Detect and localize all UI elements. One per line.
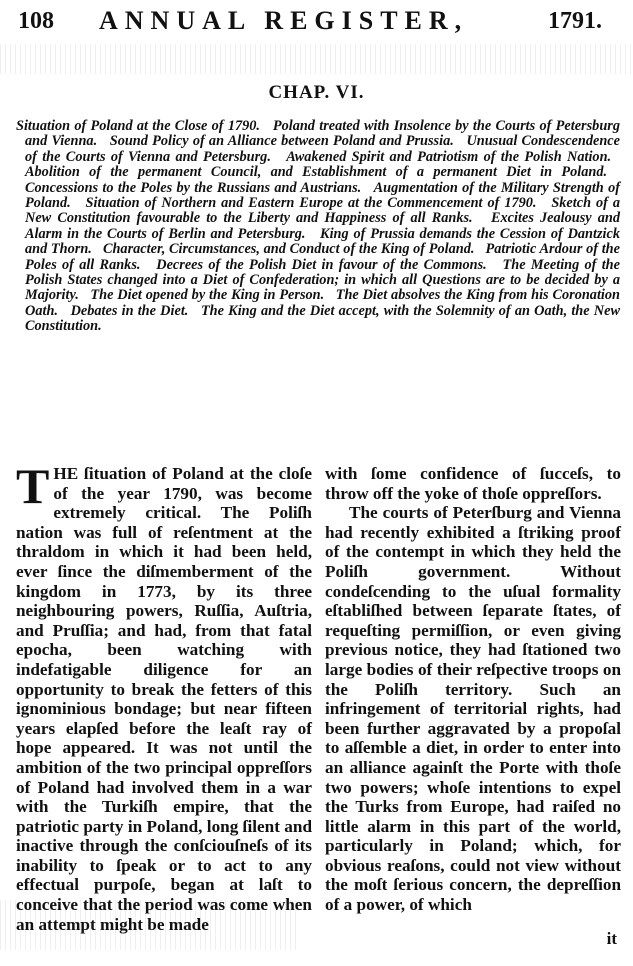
summary-item: Decrees of the Polish Diet in favour of … (156, 257, 487, 273)
summary-item: Situation of Northern and Eastern Europe… (86, 195, 537, 211)
catchword: it (607, 929, 617, 949)
chapter-summary: Situation of Poland at the Close of 1790… (16, 119, 620, 335)
paragraph-text: HE ſituation of Poland at the cloſe of t… (16, 464, 312, 934)
summary-item: Concessions to the Poles by the Russians… (25, 180, 361, 196)
summary-item: The Diet opened by the King in Person. (90, 287, 324, 303)
paragraph: The courts of Peterſburg and Vienna had … (325, 503, 621, 914)
summary-item: Abolition of the permanent Council, and … (25, 164, 607, 180)
right-column: with ſome confidence of ſucceſs, to thro… (325, 464, 621, 915)
summary-item: Debates in the Diet. (71, 303, 189, 319)
summary-item: Situation of Poland at the Close of 1790… (16, 118, 260, 134)
paragraph: THE ſituation of Poland at the cloſe of … (16, 464, 312, 934)
chapter-title: CHAP. VI. (0, 82, 633, 104)
page-number: 108 (18, 6, 54, 36)
summary-item: Sound Policy of an Alliance between Pola… (110, 133, 454, 149)
summary-item: Awakened Spirit and Patriotism of the Po… (286, 149, 611, 165)
publication-year: 1791. (548, 6, 602, 36)
drop-cap: T (16, 466, 49, 506)
left-column: THE ſituation of Poland at the cloſe of … (16, 464, 312, 934)
scan-noise (0, 44, 633, 74)
running-head: 108 ANNUAL REGISTER, 1791. (18, 6, 618, 36)
paragraph-continued: with ſome confidence of ſucceſs, to thro… (325, 464, 621, 503)
journal-title: ANNUAL REGISTER, (99, 6, 468, 36)
summary-item: Character, Circumstances, and Conduct of… (103, 241, 475, 257)
